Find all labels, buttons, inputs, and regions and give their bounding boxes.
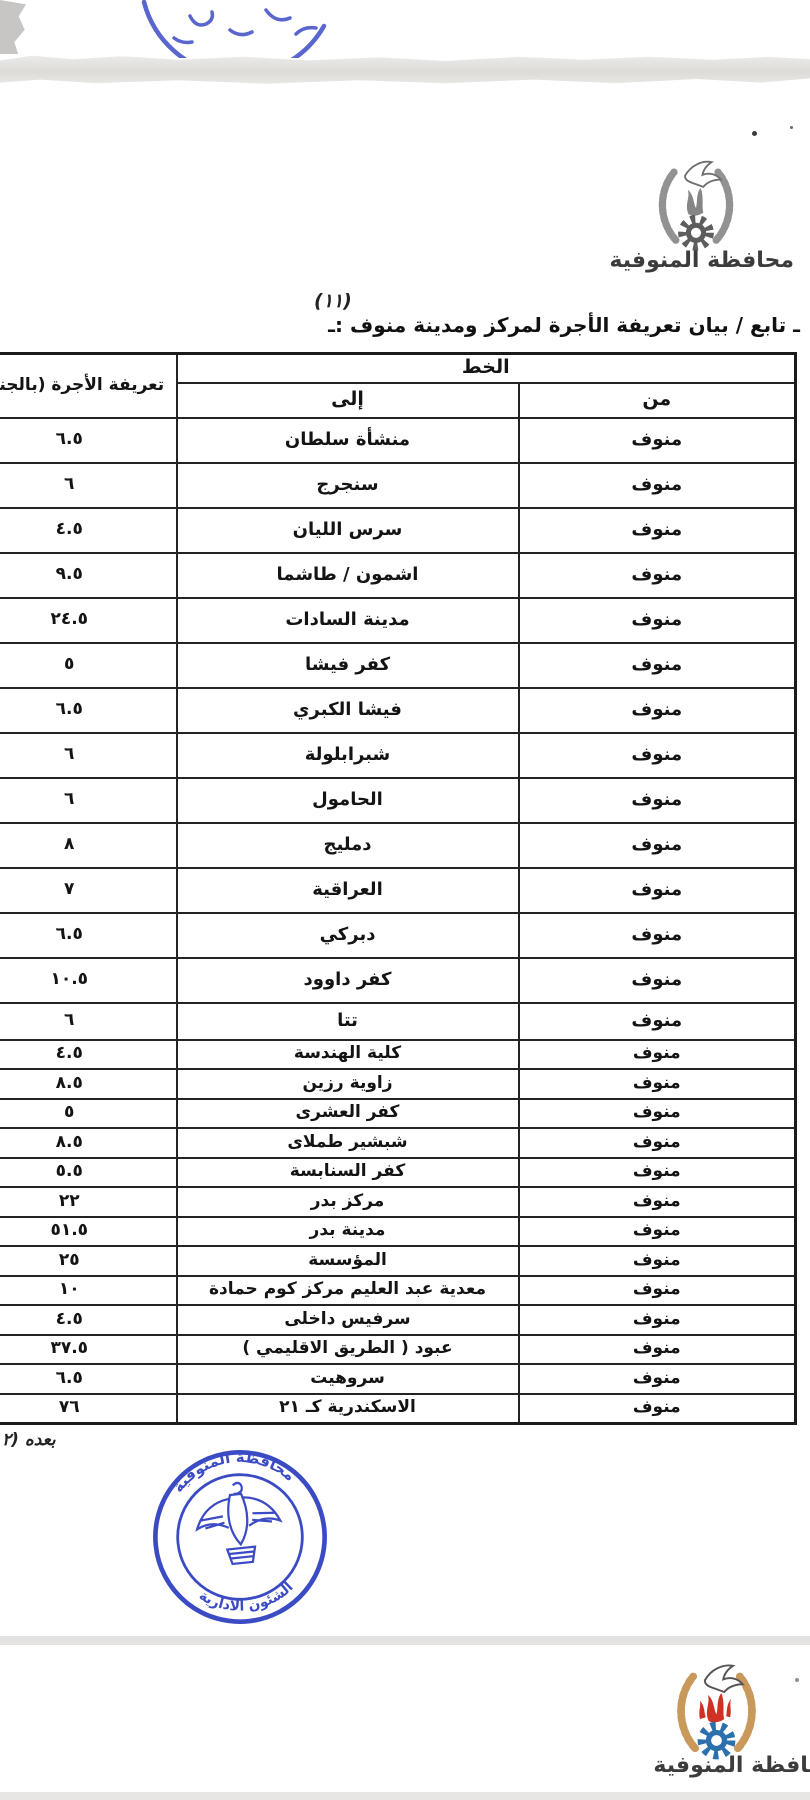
from-cell: منوف [519,1158,796,1188]
fare-row: منوفمدينة بدر٥١.٥ [0,1217,796,1247]
fare-row: منوفتتا٦ [0,1003,796,1040]
to-cell: سنجرج [177,463,519,508]
governorate-emblem [650,152,742,257]
fare-row: منوفالمؤسسة٢٥ [0,1246,796,1276]
to-cell: سرس الليان [177,508,519,553]
to-cell: كلية الهندسة [177,1040,519,1070]
from-cell: منوف [519,1069,796,1099]
to-cell: تتا [177,1003,519,1040]
from-column-header: من [519,383,796,418]
eagle-icon [193,1479,285,1567]
fare-cell: ٥١.٥ [0,1217,177,1247]
fare-row: منوفمعدية عبد العليم مركز كوم حمادة١٠ [0,1276,796,1306]
to-cell: مركز بدر [177,1187,519,1217]
fare-cell: ٦ [0,778,177,823]
flame-icon [707,1693,724,1722]
continuation-note: بعده (٢ [2,1430,56,1450]
fare-cell: ٢٥ [0,1246,177,1276]
fare-cell: ٥ [0,643,177,688]
fare-cell: ٥ [0,1099,177,1129]
fare-cell: ٤.٥ [0,1040,177,1070]
to-cell: شبرابلولة [177,733,519,778]
fare-row: منوفعبود ( الطريق الاقليمي )٣٧.٥ [0,1335,796,1365]
to-cell: سرفيس داخلى [177,1305,519,1335]
fare-row: منوفسروهيت٦.٥ [0,1364,796,1394]
fare-table-body: منوفمنشأة سلطان٦.٥منوفسنجرج٦منوفسرس اللي… [0,418,796,1424]
dove-icon [705,1665,743,1692]
from-cell: منوف [519,1364,796,1394]
fare-table: الخط تعريفة الأجرة (بالجنيه) من إلى منوف… [0,352,797,1425]
fare-cell: ٥.٥ [0,1158,177,1188]
fare-row: منوفكلية الهندسة٤.٥ [0,1040,796,1070]
from-cell: منوف [519,508,796,553]
route-group-header: الخط [177,354,796,383]
to-cell: دمليج [177,823,519,868]
from-cell: منوف [519,643,796,688]
fare-row: منوفسنجرج٦ [0,463,796,508]
to-cell: الحامول [177,778,519,823]
from-cell: منوف [519,733,796,778]
official-round-stamp: محافظة المنوفية الشئون الادارية [138,1435,342,1639]
fare-cell: ١٠ [0,1276,177,1306]
to-cell: مدينة السادات [177,598,519,643]
from-cell: منوف [519,1246,796,1276]
governorate-emblem [668,1655,765,1766]
fare-row: منوفمركز بدر٢٢ [0,1187,796,1217]
from-cell: منوف [519,553,796,598]
to-cell: فيشا الكبري [177,688,519,733]
letterhead-governorate-name: محافظة المنوفية [622,248,794,273]
fare-cell: ٤.٥ [0,508,177,553]
to-cell: شبشير طملاى [177,1128,519,1158]
fare-row: منوفدمليج٨ [0,823,796,868]
to-cell: دبركي [177,913,519,958]
fare-table-container: الخط تعريفة الأجرة (بالجنيه) من إلى منوف… [0,352,797,1425]
ink-speck [790,126,793,129]
fare-cell: ١٠.٥ [0,958,177,1003]
fare-row: منوفشبرابلولة٦ [0,733,796,778]
fare-row: منوفكفر فيشا٥ [0,643,796,688]
fare-cell: ٦ [0,463,177,508]
fare-cell: ٦ [0,733,177,778]
fare-row: منوفمنشأة سلطان٦.٥ [0,418,796,463]
fare-row: منوفشبشير طملاى٨.٥ [0,1128,796,1158]
fare-cell: ٣٧.٥ [0,1335,177,1365]
fare-row: منوفكفر داوود١٠.٥ [0,958,796,1003]
fare-row: منوفالعراقية٧ [0,868,796,913]
from-cell: منوف [519,1187,796,1217]
fare-row: منوفسرس الليان٤.٥ [0,508,796,553]
flame-icon [687,188,703,216]
fare-row: منوفمدينة السادات٢٤.٥ [0,598,796,643]
from-cell: منوف [519,1217,796,1247]
fare-cell: ٦.٥ [0,913,177,958]
fare-row: منوفزاوية رزين٨.٥ [0,1069,796,1099]
fare-row: منوفكفر العشرى٥ [0,1099,796,1129]
from-cell: منوف [519,913,796,958]
fare-row: منوفالاسكندرية كـ ٢١٧٦ [0,1394,796,1424]
fare-row: منوفاشمون / طاشما٩.٥ [0,553,796,598]
fare-row: منوففيشا الكبري٦.٥ [0,688,796,733]
to-cell: كفر السنابسة [177,1158,519,1188]
fare-cell: ٤.٥ [0,1305,177,1335]
to-column-header: إلى [177,383,519,418]
fare-cell: ٦.٥ [0,418,177,463]
table-group-header-row: الخط تعريفة الأجرة (بالجنيه) [0,354,796,383]
fare-row: منوفسرفيس داخلى٤.٥ [0,1305,796,1335]
scan-band [0,1792,810,1800]
from-cell: منوف [519,1128,796,1158]
from-cell: منوف [519,1394,796,1424]
to-cell: المؤسسة [177,1246,519,1276]
from-cell: منوف [519,958,796,1003]
to-cell: مدينة بدر [177,1217,519,1247]
fare-row: منوفالحامول٦ [0,778,796,823]
fare-cell: ٨.٥ [0,1069,177,1099]
stamp-rim-bottom-text: الشئون الادارية [195,1578,299,1620]
from-cell: منوف [519,1003,796,1040]
from-cell: منوف [519,1276,796,1306]
fare-cell: ٧ [0,868,177,913]
scan-tear-band [0,55,810,85]
document-title: ـ تابع / بيان تعريفة الأجرة لمركز ومدينة… [328,313,800,337]
fare-cell: ٨.٥ [0,1128,177,1158]
to-cell: منشأة سلطان [177,418,519,463]
partial-stamp-icon [138,0,334,58]
to-cell: عبود ( الطريق الاقليمي ) [177,1335,519,1365]
from-cell: منوف [519,418,796,463]
to-cell: سروهيت [177,1364,519,1394]
fare-cell: ٦.٥ [0,688,177,733]
from-cell: منوف [519,1335,796,1365]
svg-text:الشئون الادارية: الشئون الادارية [195,1578,299,1620]
to-cell: اشمون / طاشما [177,553,519,598]
from-cell: منوف [519,823,796,868]
fare-row: منوفدبركي٦.٥ [0,913,796,958]
from-cell: منوف [519,1305,796,1335]
fare-cell: ٩.٥ [0,553,177,598]
from-cell: منوف [519,868,796,913]
fare-cell: ٦.٥ [0,1364,177,1394]
fare-cell: ٢٤.٥ [0,598,177,643]
from-cell: منوف [519,1040,796,1070]
from-cell: منوف [519,1099,796,1129]
fare-cell: ٦ [0,1003,177,1040]
to-cell: العراقية [177,868,519,913]
to-cell: معدية عبد العليم مركز كوم حمادة [177,1276,519,1306]
fare-row: منوفكفر السنابسة٥.٥ [0,1158,796,1188]
scan-band [0,1636,810,1645]
from-cell: منوف [519,463,796,508]
to-cell: كفر العشرى [177,1099,519,1129]
fare-cell: ٢٢ [0,1187,177,1217]
dove-icon [685,162,721,187]
ink-speck [752,131,757,136]
fare-column-header: تعريفة الأجرة (بالجنيه) [0,354,177,418]
fare-cell: ٧٦ [0,1394,177,1424]
to-cell: الاسكندرية كـ ٢١ [177,1394,519,1424]
from-cell: منوف [519,688,796,733]
footer-governorate-name: محافظة المنوفية [653,1753,810,1778]
ink-speck [795,1678,799,1682]
to-cell: زاوية رزين [177,1069,519,1099]
to-cell: كفر داوود [177,958,519,1003]
to-cell: كفر فيشا [177,643,519,688]
scan-smudge [0,0,26,54]
fare-cell: ٨ [0,823,177,868]
from-cell: منوف [519,778,796,823]
page-number: (١١) [314,290,352,312]
from-cell: منوف [519,598,796,643]
